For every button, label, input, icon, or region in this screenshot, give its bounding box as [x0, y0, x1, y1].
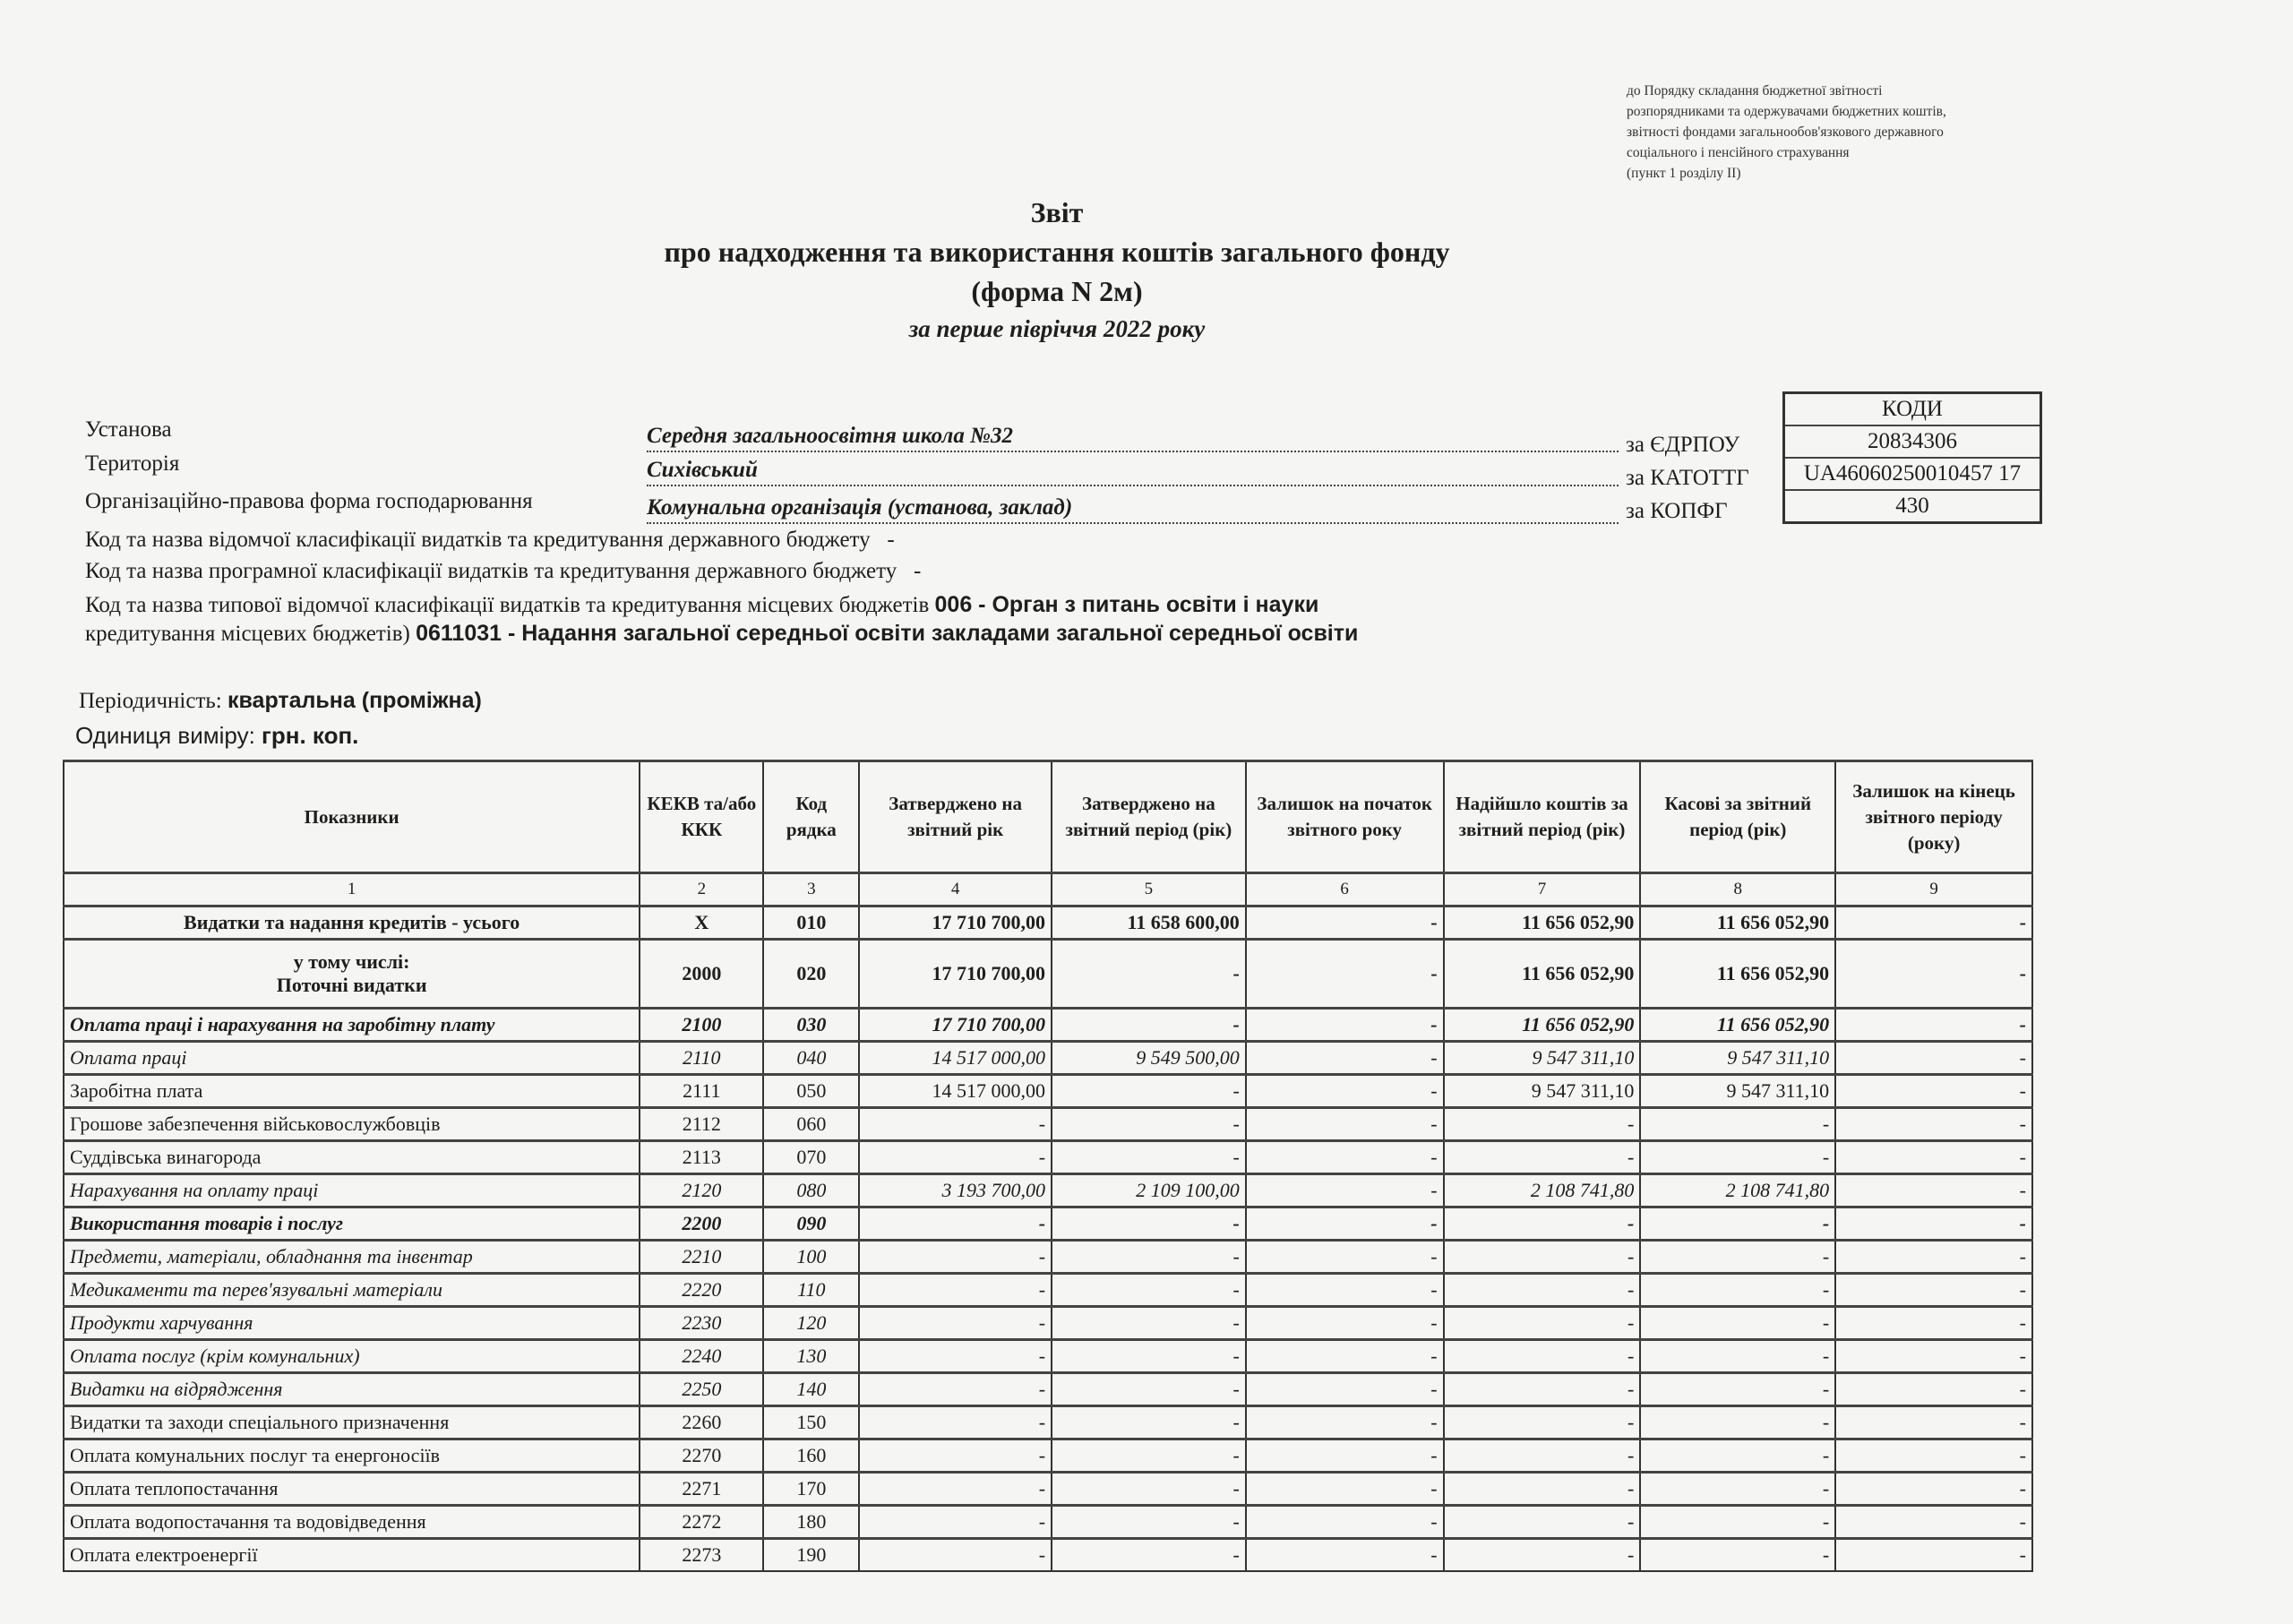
- periodicity: Періодичність: квартальна (проміжна): [79, 688, 482, 714]
- amount-cell: -: [1640, 1141, 1835, 1174]
- codes-box: КОДИ 20834306 UA46060250010457 17 430: [1782, 391, 2042, 524]
- amount-cell: -: [1640, 1307, 1835, 1340]
- table-row: Видатки та надання кредитів - усьогоX010…: [64, 907, 2032, 940]
- amount-cell: -: [1052, 1439, 1246, 1473]
- amount-cell: -: [1052, 1108, 1246, 1141]
- amount-cell: 17 710 700,00: [859, 940, 1052, 1009]
- col-header: Залишок на початок звітного року: [1246, 761, 1444, 873]
- amount-cell: -: [1052, 1075, 1246, 1108]
- row-code-cell: 140: [763, 1373, 859, 1406]
- report-period: за перше півріччя 2022 року: [0, 311, 2114, 347]
- row-label: Грошове забезпечення військовослужбовців: [64, 1108, 640, 1141]
- amount-cell: -: [1444, 1406, 1641, 1439]
- kekv-cell: 2271: [640, 1473, 763, 1506]
- amount-cell: -: [1246, 1307, 1444, 1340]
- report-title: Звіт про надходження та використання кош…: [0, 193, 2114, 347]
- title-line-2: про надходження та використання коштів з…: [0, 232, 2114, 271]
- amount-cell: 9 547 311,10: [1444, 1042, 1641, 1075]
- row-label: Суддівська винагорода: [64, 1141, 640, 1174]
- kekv-cell: 2000: [640, 940, 763, 1009]
- amount-cell: -: [1640, 1108, 1835, 1141]
- kekv-cell: 2250: [640, 1373, 763, 1406]
- institution-label: Установа: [85, 417, 172, 443]
- amount-cell: -: [859, 1539, 1052, 1572]
- kopfg-code: 430: [1785, 491, 2040, 521]
- amount-cell: 14 517 000,00: [859, 1075, 1052, 1108]
- amount-cell: -: [1052, 1009, 1246, 1042]
- amount-cell: 11 656 052,90: [1640, 1009, 1835, 1042]
- table-row: Оплата комунальних послуг та енергоносії…: [64, 1439, 2032, 1473]
- row-label: Оплата послуг (крім комунальних): [64, 1340, 640, 1373]
- program-code-value: 0611031 - Надання загальної середньої ос…: [416, 621, 1358, 646]
- row-label: Продукти харчування: [64, 1307, 640, 1340]
- amount-cell: -: [1444, 1340, 1641, 1373]
- amount-cell: -: [1835, 1274, 2032, 1307]
- amount-cell: 9 549 500,00: [1052, 1042, 1246, 1075]
- program-classification: Код та назва програмної класифікації вид…: [85, 559, 921, 584]
- amount-cell: -: [1835, 1406, 2032, 1439]
- col-number: 2: [640, 873, 763, 907]
- amount-cell: -: [1246, 1108, 1444, 1141]
- amount-cell: -: [1835, 1108, 2032, 1141]
- amount-cell: -: [859, 1406, 1052, 1439]
- row-code-cell: 010: [763, 907, 859, 940]
- amount-cell: -: [859, 1207, 1052, 1241]
- row-label: Оплата праці і нарахування на заробітну …: [64, 1009, 640, 1042]
- kekv-cell: 2110: [640, 1042, 763, 1075]
- table-row: Видатки на відрядження2250140------: [64, 1373, 2032, 1406]
- kekv-cell: 2230: [640, 1307, 763, 1340]
- amount-cell: -: [1835, 1075, 2032, 1108]
- col-number: 9: [1835, 873, 2032, 907]
- kekv-cell: 2113: [640, 1141, 763, 1174]
- amount-cell: -: [1444, 1108, 1641, 1141]
- amount-cell: -: [1246, 1406, 1444, 1439]
- row-label: Оплата електроенергії: [64, 1539, 640, 1572]
- row-label: у тому числі: Поточні видатки: [64, 940, 640, 1009]
- amount-cell: -: [1246, 1439, 1444, 1473]
- table-row: Предмети, матеріали, обладнання та інвен…: [64, 1241, 2032, 1274]
- amount-cell: -: [859, 1373, 1052, 1406]
- unit-of-measure: Одиниця виміру: грн. коп.: [75, 722, 358, 750]
- amount-cell: -: [1246, 1075, 1444, 1108]
- code-labels: за ЄДРПОУ за КАТОТТГ за КОПФГ: [1626, 428, 1749, 528]
- regulation-note: до Порядку складання бюджетної звітності…: [1627, 81, 2057, 184]
- row-code-cell: 050: [763, 1075, 859, 1108]
- amount-cell: -: [1052, 1274, 1246, 1307]
- row-label: Предмети, матеріали, обладнання та інвен…: [64, 1241, 640, 1274]
- table-row: Оплата послуг (крім комунальних)2240130-…: [64, 1340, 2032, 1373]
- program-classification-label: Код та назва програмної класифікації вид…: [85, 559, 897, 583]
- amount-cell: -: [1835, 1241, 2032, 1274]
- kekv-cell: 2120: [640, 1174, 763, 1207]
- amount-cell: -: [1640, 1506, 1835, 1539]
- amount-cell: -: [1640, 1373, 1835, 1406]
- amount-cell: -: [1246, 1274, 1444, 1307]
- table-row: Видатки та заходи спеціального призначен…: [64, 1406, 2032, 1439]
- dept-classification-value: -: [887, 528, 894, 552]
- amount-cell: -: [1052, 1506, 1246, 1539]
- col-header: Код рядка: [763, 761, 859, 873]
- amount-cell: -: [1835, 1340, 2032, 1373]
- row-label: Видатки на відрядження: [64, 1373, 640, 1406]
- amount-cell: -: [1246, 1174, 1444, 1207]
- amount-cell: -: [1246, 1373, 1444, 1406]
- report-table: Показники КЕКВ та/або ККК Код рядка Затв…: [63, 760, 2033, 1572]
- kekv-cell: 2100: [640, 1009, 763, 1042]
- dept-classification-label: Код та назва відомчої класифікації видат…: [85, 528, 871, 552]
- territory-value: Сихівський: [647, 456, 1619, 486]
- kekv-cell: 2273: [640, 1539, 763, 1572]
- row-label: Видатки та заходи спеціального призначен…: [64, 1406, 640, 1439]
- amount-cell: 11 656 052,90: [1640, 907, 1835, 940]
- row-code-cell: 180: [763, 1506, 859, 1539]
- regulation-note-line: розпорядниками та одержувачами бюджетних…: [1627, 101, 2057, 122]
- periodicity-label: Періодичність:: [79, 689, 222, 713]
- table-row: Медикаменти та перев'язувальні матеріали…: [64, 1274, 2032, 1307]
- regulation-note-line: соціального і пенсійного страхування: [1627, 142, 2057, 163]
- amount-cell: 9 547 311,10: [1444, 1075, 1641, 1108]
- amount-cell: -: [1052, 1373, 1246, 1406]
- amount-cell: -: [859, 1506, 1052, 1539]
- amount-cell: -: [859, 1274, 1052, 1307]
- edrpou-code: 20834306: [1785, 426, 2040, 459]
- legal-form-value: Комунальна організація (установа, заклад…: [647, 494, 1619, 524]
- codes-header: КОДИ: [1785, 394, 2040, 426]
- table-row: Оплата праці211004014 517 000,009 549 50…: [64, 1042, 2032, 1075]
- amount-cell: -: [1640, 1539, 1835, 1572]
- title-line-3: (форма N 2м): [0, 271, 2114, 311]
- row-code-cell: 110: [763, 1274, 859, 1307]
- regulation-note-line: звітності фондами загальнообов'язкового …: [1627, 122, 2057, 142]
- amount-cell: -: [859, 1108, 1052, 1141]
- amount-cell: -: [1246, 940, 1444, 1009]
- row-label: Заробітна плата: [64, 1075, 640, 1108]
- amount-cell: -: [1640, 1406, 1835, 1439]
- row-label: Використання товарів і послуг: [64, 1207, 640, 1241]
- amount-cell: -: [1835, 1141, 2032, 1174]
- amount-cell: -: [859, 1141, 1052, 1174]
- amount-cell: -: [1444, 1241, 1641, 1274]
- col-number: 1: [64, 873, 640, 907]
- row-label: Оплата комунальних послуг та енергоносії…: [64, 1439, 640, 1473]
- amount-cell: 11 656 052,90: [1444, 907, 1641, 940]
- row-code-cell: 090: [763, 1207, 859, 1241]
- col-header: Касові за звітний період (рік): [1640, 761, 1835, 873]
- row-label: Нарахування на оплату праці: [64, 1174, 640, 1207]
- row-code-cell: 170: [763, 1473, 859, 1506]
- legal-form-label: Організаційно-правова форма господарюван…: [85, 489, 533, 514]
- amount-cell: -: [1835, 1439, 2032, 1473]
- amount-cell: -: [1640, 1207, 1835, 1241]
- amount-cell: -: [1052, 1406, 1246, 1439]
- amount-cell: -: [1835, 1373, 2032, 1406]
- table-row: Заробітна плата211105014 517 000,00--9 5…: [64, 1075, 2032, 1108]
- amount-cell: -: [859, 1473, 1052, 1506]
- unit-value: грн. коп.: [262, 722, 358, 749]
- amount-cell: 3 193 700,00: [859, 1174, 1052, 1207]
- title-line-1: Звіт: [0, 193, 2114, 232]
- amount-cell: -: [1444, 1473, 1641, 1506]
- amount-cell: -: [1246, 1473, 1444, 1506]
- col-number: 8: [1640, 873, 1835, 907]
- row-code-cell: 060: [763, 1108, 859, 1141]
- amount-cell: -: [1246, 1042, 1444, 1075]
- amount-cell: -: [1444, 1274, 1641, 1307]
- amount-cell: 2 108 741,80: [1444, 1174, 1641, 1207]
- amount-cell: -: [1052, 1473, 1246, 1506]
- amount-cell: -: [1246, 1241, 1444, 1274]
- amount-cell: -: [1444, 1207, 1641, 1241]
- row-code-cell: 020: [763, 940, 859, 1009]
- amount-cell: -: [1835, 1207, 2032, 1241]
- amount-cell: -: [1835, 1174, 2032, 1207]
- col-number: 5: [1052, 873, 1246, 907]
- table-row: Використання товарів і послуг2200090----…: [64, 1207, 2032, 1241]
- col-header: КЕКВ та/або ККК: [640, 761, 763, 873]
- amount-cell: 14 517 000,00: [859, 1042, 1052, 1075]
- program-code-label: кредитування місцевих бюджетів): [85, 622, 410, 646]
- amount-cell: 17 710 700,00: [859, 1009, 1052, 1042]
- amount-cell: -: [1640, 1274, 1835, 1307]
- table-row: Оплата праці і нарахування на заробітну …: [64, 1009, 2032, 1042]
- row-code-cell: 160: [763, 1439, 859, 1473]
- amount-cell: -: [1640, 1473, 1835, 1506]
- amount-cell: -: [1444, 1307, 1641, 1340]
- kekv-cell: 2111: [640, 1075, 763, 1108]
- amount-cell: -: [1052, 1241, 1246, 1274]
- row-code-cell: 070: [763, 1141, 859, 1174]
- program-code: кредитування місцевих бюджетів) 0611031 …: [85, 621, 1358, 647]
- amount-cell: -: [1444, 1141, 1641, 1174]
- row-code-cell: 150: [763, 1406, 859, 1439]
- amount-cell: 11 658 600,00: [1052, 907, 1246, 940]
- col-number: 7: [1444, 873, 1641, 907]
- amount-cell: 2 108 741,80: [1640, 1174, 1835, 1207]
- amount-cell: -: [1246, 1539, 1444, 1572]
- amount-cell: -: [1444, 1439, 1641, 1473]
- kekv-cell: 2210: [640, 1241, 763, 1274]
- amount-cell: -: [1052, 1539, 1246, 1572]
- kekv-cell: 2220: [640, 1274, 763, 1307]
- col-header: Показники: [64, 761, 640, 873]
- amount-cell: -: [859, 1241, 1052, 1274]
- territory-label: Територія: [85, 451, 179, 477]
- table-row: Грошове забезпечення військовослужбовців…: [64, 1108, 2032, 1141]
- kekv-cell: 2272: [640, 1506, 763, 1539]
- row-code-cell: 030: [763, 1009, 859, 1042]
- amount-cell: -: [1246, 907, 1444, 940]
- amount-cell: -: [1835, 1539, 2032, 1572]
- amount-cell: -: [859, 1340, 1052, 1373]
- col-header: Надійшло коштів за звітний період (рік): [1444, 761, 1641, 873]
- amount-cell: 17 710 700,00: [859, 907, 1052, 940]
- institution-value: Середня загальноосвітня школа №32: [647, 422, 1619, 452]
- amount-cell: 11 656 052,90: [1444, 940, 1641, 1009]
- amount-cell: -: [859, 1439, 1052, 1473]
- row-code-cell: 120: [763, 1307, 859, 1340]
- row-label: Оплата теплопостачання: [64, 1473, 640, 1506]
- amount-cell: -: [1052, 1207, 1246, 1241]
- table-header-row: Показники КЕКВ та/або ККК Код рядка Затв…: [64, 761, 2032, 873]
- amount-cell: -: [1246, 1506, 1444, 1539]
- amount-cell: -: [1835, 1307, 2032, 1340]
- amount-cell: -: [1052, 1340, 1246, 1373]
- kopfg-label: за КОПФГ: [1626, 494, 1749, 528]
- column-number-row: 1 2 3 4 5 6 7 8 9: [64, 873, 2032, 907]
- amount-cell: -: [1052, 1141, 1246, 1174]
- amount-cell: -: [1246, 1340, 1444, 1373]
- row-code-cell: 190: [763, 1539, 859, 1572]
- table-row: у тому числі: Поточні видатки200002017 7…: [64, 940, 2032, 1009]
- kekv-cell: 2270: [640, 1439, 763, 1473]
- amount-cell: -: [1835, 907, 2032, 940]
- amount-cell: -: [1246, 1141, 1444, 1174]
- amount-cell: -: [859, 1307, 1052, 1340]
- kekv-cell: X: [640, 907, 763, 940]
- amount-cell: -: [1835, 940, 2032, 1009]
- amount-cell: -: [1444, 1373, 1641, 1406]
- row-label: Медикаменти та перев'язувальні матеріали: [64, 1274, 640, 1307]
- amount-cell: -: [1444, 1539, 1641, 1572]
- typical-classification: Код та назва типової відомчої класифікац…: [85, 592, 1318, 618]
- edrpou-label: за ЄДРПОУ: [1626, 428, 1749, 461]
- amount-cell: 11 656 052,90: [1640, 940, 1835, 1009]
- col-number: 6: [1246, 873, 1444, 907]
- col-header: Затверджено на звітний період (рік): [1052, 761, 1246, 873]
- amount-cell: 9 547 311,10: [1640, 1042, 1835, 1075]
- row-label: Оплата праці: [64, 1042, 640, 1075]
- regulation-note-line: (пункт 1 розділу II): [1627, 163, 2057, 184]
- table-row: Суддівська винагорода2113070------: [64, 1141, 2032, 1174]
- dept-classification: Код та назва відомчої класифікації видат…: [85, 528, 895, 553]
- col-number: 3: [763, 873, 859, 907]
- periodicity-value: квартальна (проміжна): [228, 688, 482, 713]
- kekv-cell: 2240: [640, 1340, 763, 1373]
- row-label: Оплата водопостачання та водовідведення: [64, 1506, 640, 1539]
- regulation-note-line: до Порядку складання бюджетної звітності: [1627, 81, 2057, 101]
- typical-classification-label: Код та назва типової відомчої класифікац…: [85, 593, 929, 617]
- table-row: Нарахування на оплату праці21200803 193 …: [64, 1174, 2032, 1207]
- amount-cell: 11 656 052,90: [1444, 1009, 1641, 1042]
- kekv-cell: 2112: [640, 1108, 763, 1141]
- table-row: Оплата водопостачання та водовідведення2…: [64, 1506, 2032, 1539]
- katottg-label: за КАТОТТГ: [1626, 461, 1749, 494]
- col-number: 4: [859, 873, 1052, 907]
- amount-cell: -: [1246, 1009, 1444, 1042]
- amount-cell: -: [1640, 1340, 1835, 1373]
- amount-cell: -: [1835, 1009, 2032, 1042]
- amount-cell: -: [1835, 1042, 2032, 1075]
- row-label: Видатки та надання кредитів - усього: [64, 907, 640, 940]
- amount-cell: -: [1835, 1506, 2032, 1539]
- row-code-cell: 040: [763, 1042, 859, 1075]
- amount-cell: 9 547 311,10: [1640, 1075, 1835, 1108]
- table-body: Видатки та надання кредитів - усьогоX010…: [64, 907, 2032, 1572]
- table-row: Продукти харчування2230120------: [64, 1307, 2032, 1340]
- amount-cell: -: [1052, 1307, 1246, 1340]
- amount-cell: -: [1444, 1506, 1641, 1539]
- amount-cell: 2 109 100,00: [1052, 1174, 1246, 1207]
- table-row: Оплата теплопостачання2271170------: [64, 1473, 2032, 1506]
- col-header: Затверджено на звітний рік: [859, 761, 1052, 873]
- amount-cell: -: [1640, 1241, 1835, 1274]
- amount-cell: -: [1052, 940, 1246, 1009]
- katottg-code: UA46060250010457 17: [1785, 459, 2040, 491]
- typical-classification-value: 006 - Орган з питань освіти і науки: [935, 592, 1319, 617]
- amount-cell: -: [1640, 1439, 1835, 1473]
- kekv-cell: 2260: [640, 1406, 763, 1439]
- row-code-cell: 130: [763, 1340, 859, 1373]
- amount-cell: -: [1835, 1473, 2032, 1506]
- col-header: Залишок на кінець звітного періоду (року…: [1835, 761, 2032, 873]
- unit-label: Одиниця виміру:: [75, 722, 255, 749]
- row-code-cell: 100: [763, 1241, 859, 1274]
- table-row: Оплата електроенергії2273190------: [64, 1539, 2032, 1572]
- amount-cell: -: [1246, 1207, 1444, 1241]
- program-classification-value: -: [914, 559, 921, 583]
- row-code-cell: 080: [763, 1174, 859, 1207]
- kekv-cell: 2200: [640, 1207, 763, 1241]
